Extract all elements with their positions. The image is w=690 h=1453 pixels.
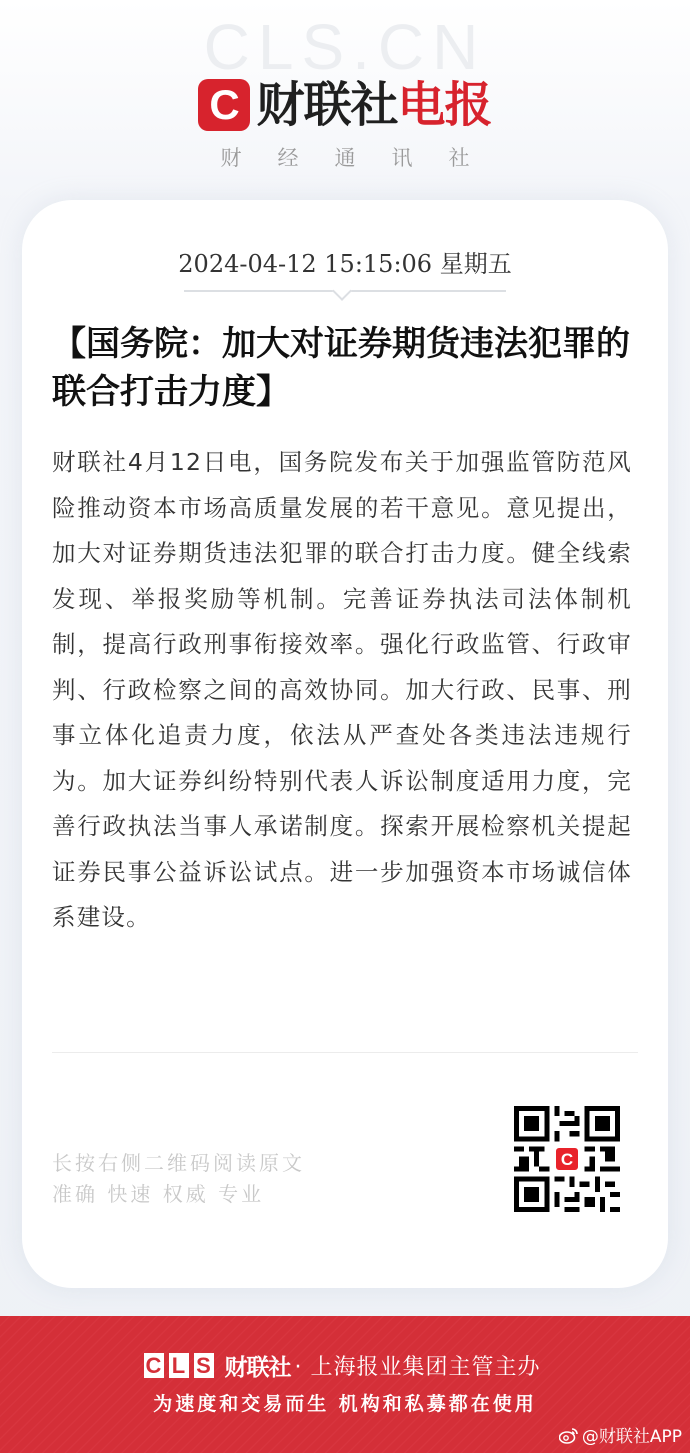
brand-name: 财联社: [256, 79, 397, 131]
footer-banner: C L S 财联社 · 上海报业集团主管主办 为速度和交易而生 机构和私募都在使…: [0, 1316, 690, 1453]
weibo-watermark: @财联社APP: [559, 1422, 682, 1447]
article-card: 2024-04-12 15:15:06 星期五 【国务院：加大对证券期货违法犯罪…: [22, 200, 668, 1288]
cls-letter-c: C: [144, 1353, 164, 1378]
weibo-handle: @财联社APP: [582, 1422, 682, 1447]
footer-brand-name: 财联社: [225, 1349, 291, 1382]
qr-logo-icon: C: [554, 1146, 580, 1172]
footer-brand-row: C L S 财联社 · 上海报业集团主管主办: [0, 1349, 690, 1382]
footer-organization: · 上海报业集团主管主办: [295, 1350, 541, 1381]
brand-subtitle: 财经通讯社: [0, 142, 690, 172]
article-datetime: 2024-04-12 15:15:06 星期五: [22, 244, 668, 279]
article-headline: 【国务院：加大对证券期货违法犯罪的联合打击力度】: [52, 320, 642, 416]
footer-slogan: 为速度和交易而生 机构和私募都在使用: [0, 1389, 690, 1416]
cls-logo-icon: C: [198, 79, 250, 131]
watermark-text: CLS.CN: [0, 10, 690, 84]
content-divider: [52, 1052, 638, 1053]
cls-letter-l: L: [169, 1353, 189, 1378]
promo-text: 长按右侧二维码阅读原文 准确 快速 权威 专业: [52, 1148, 305, 1210]
promo-line-read-original: 长按右侧二维码阅读原文: [52, 1148, 305, 1179]
date-divider-notch: [332, 281, 352, 301]
brand-header: C 财联社 电报: [0, 79, 690, 131]
promo-line-tagline: 准确 快速 权威 专业: [52, 1179, 305, 1210]
qr-code[interactable]: C: [514, 1106, 620, 1212]
article-body: 财联社4月12日电，国务院发布关于加强监管防范风险推动资本市场高质量发展的若干意…: [52, 440, 632, 941]
weibo-icon: [559, 1426, 579, 1444]
cls-letter-s: S: [194, 1353, 214, 1378]
brand-name-telegraph: 电报: [398, 79, 492, 131]
